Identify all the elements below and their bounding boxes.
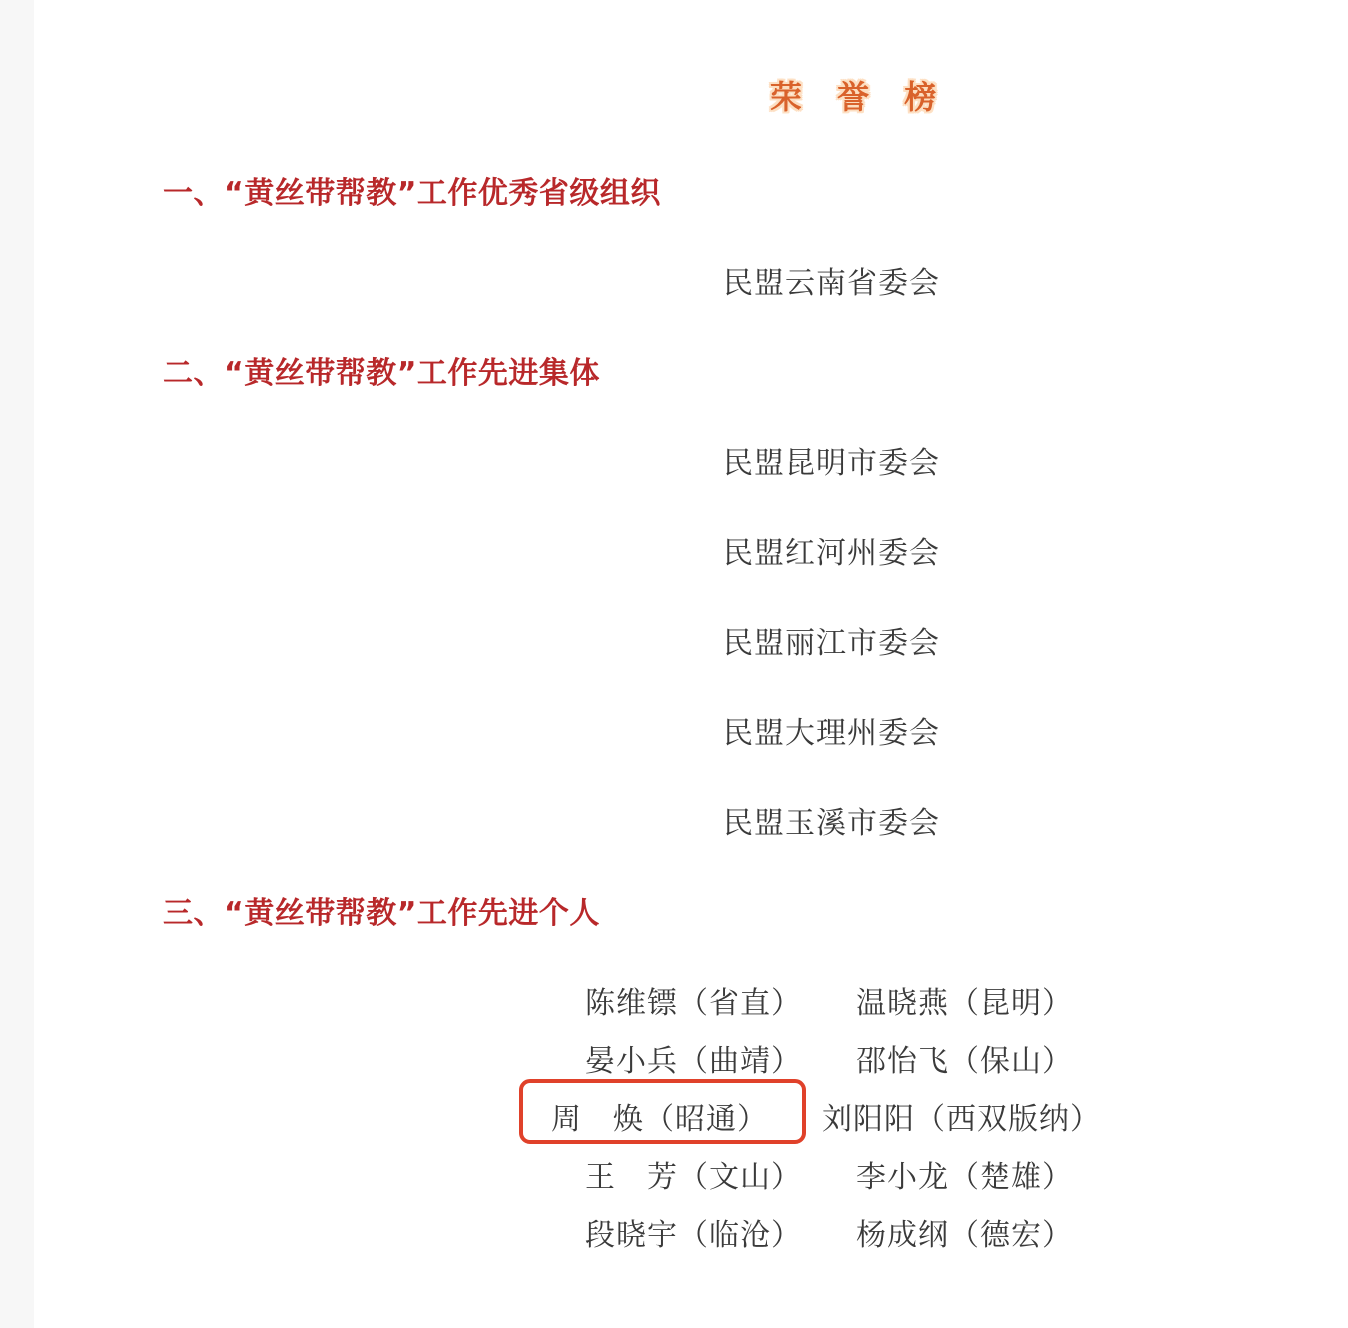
award-person-item: 杨成纲（德宏） — [856, 1210, 1073, 1254]
award-org-item: 民盟云南省委会 — [723, 258, 940, 302]
award-person-item: 邵怡飞（保山） — [856, 1036, 1073, 1080]
award-person-item: 段晓宇（临沧） — [585, 1210, 802, 1254]
award-person-item: 晏小兵（曲靖） — [585, 1036, 802, 1080]
award-org-item: 民盟昆明市委会 — [723, 438, 940, 482]
award-person-item: 李小龙（楚雄） — [856, 1152, 1073, 1196]
award-org-item: 民盟红河州委会 — [723, 528, 940, 572]
award-person-item: 王 芳（文山） — [585, 1152, 802, 1196]
award-org-item: 民盟玉溪市委会 — [723, 798, 940, 842]
honor-roll-title: 荣 誉 榜 — [770, 72, 948, 118]
award-person-item: 陈维镖（省直） — [585, 978, 802, 1022]
award-person-item: 刘阳阳（西双版纳） — [822, 1094, 1101, 1138]
award-person-item-highlighted: 周 焕（昭通） — [551, 1094, 768, 1138]
award-org-item: 民盟大理州委会 — [723, 708, 940, 752]
award-org-item: 民盟丽江市委会 — [723, 618, 940, 662]
section-heading-advanced-individual: 三、“黄丝带帮教”工作先进个人 — [163, 888, 600, 932]
award-person-item: 温晓燕（昆明） — [856, 978, 1073, 1022]
section-heading-provincial-organization: 一、“黄丝带帮教”工作优秀省级组织 — [163, 168, 661, 212]
section-heading-advanced-collective: 二、“黄丝带帮教”工作先进集体 — [163, 348, 600, 392]
page-margin-strip — [0, 0, 34, 1328]
